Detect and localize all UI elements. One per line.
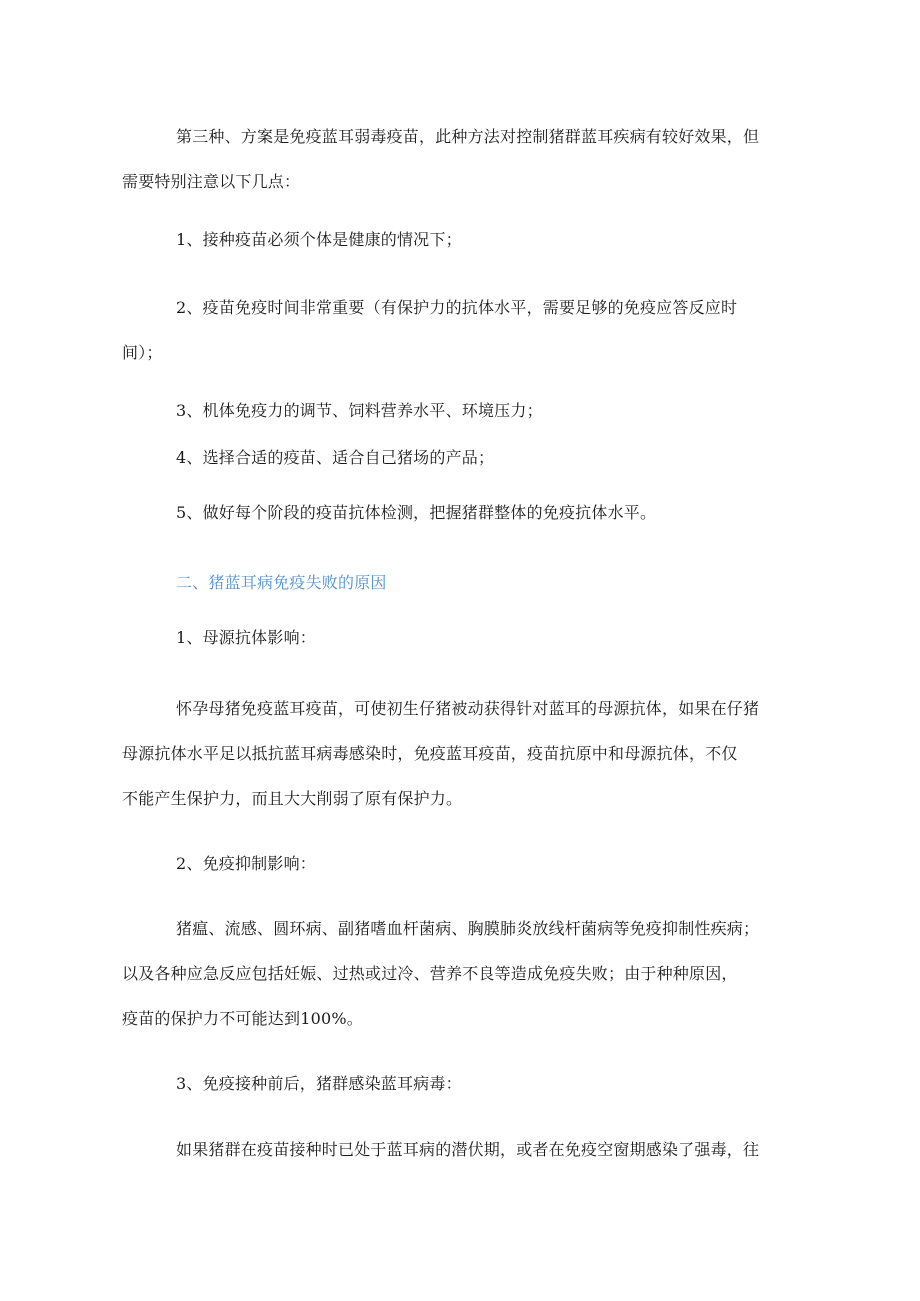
list-item-2-line-2: 间）； — [122, 343, 163, 363]
paragraph-sub3-line-1: 如果猪群在疫苗接种时已处于蓝耳病的潜伏期，或者在免疫空窗期感染了强毒，往 — [176, 1140, 759, 1160]
subheading-1: 1、母源抗体影响： — [176, 628, 316, 648]
document-page: 第三种、方案是免疫蓝耳弱毒疫苗，此种方法对控制猪群蓝耳疾病有较好效果，但 需要特… — [0, 0, 920, 1301]
subheading-3: 3、免疫接种前后，猪群感染蓝耳病毒： — [176, 1074, 462, 1094]
paragraph-intro-line-2: 需要特别注意以下几点： — [122, 172, 300, 192]
list-item-2-line-1: 2、疫苗免疫时间非常重要（有保护力的抗体水平，需要足够的免疫应答反应时 — [176, 298, 737, 318]
paragraph-sub1-line-1: 怀孕母猪免疫蓝耳疫苗，可使初生仔猪被动获得针对蓝耳的母源抗体，如果在仔猪 — [176, 699, 759, 719]
list-item-4: 4、选择合适的疫苗、适合自己猪场的产品； — [176, 448, 494, 468]
paragraph-sub1-line-2: 母源抗体水平足以抵抗蓝耳病毒感染时，免疫蓝耳疫苗，疫苗抗原中和母源抗体，不仅 — [122, 744, 738, 764]
list-item-3: 3、机体免疫力的调节、饲料营养水平、环境压力； — [176, 401, 543, 421]
paragraph-sub2-line-2: 以及各种应急反应包括妊娠、过热或过冷、营养不良等造成免疫失败；由于种种原因， — [122, 964, 738, 984]
paragraph-sub2-line-1: 猪瘟、流感、圆环病、副猪嗜血杆菌病、胸膜肺炎放线杆菌病等免疫抑制性疾病； — [176, 919, 759, 939]
paragraph-sub2-line-3: 疫苗的保护力不可能达到100%。 — [122, 1009, 363, 1029]
paragraph-intro-line-1: 第三种、方案是免疫蓝耳弱毒疫苗，此种方法对控制猪群蓝耳疾病有较好效果，但 — [176, 127, 759, 147]
paragraph-sub1-line-3: 不能产生保护力，而且大大削弱了原有保护力。 — [122, 789, 462, 809]
list-item-5: 5、做好每个阶段的疫苗抗体检测，把握猪群整体的免疫抗体水平。 — [176, 503, 656, 523]
list-item-1: 1、接种疫苗必须个体是健康的情况下； — [176, 230, 462, 250]
section-heading: 二、猪蓝耳病免疫失败的原因 — [176, 573, 387, 593]
subheading-2: 2、免疫抑制影响： — [176, 854, 316, 874]
